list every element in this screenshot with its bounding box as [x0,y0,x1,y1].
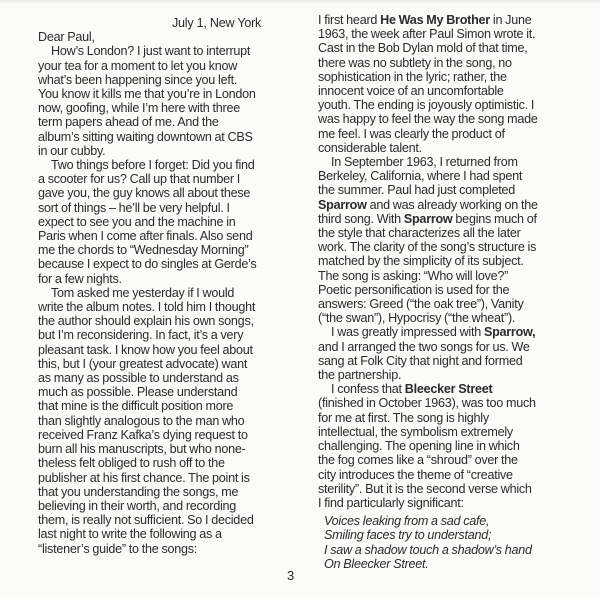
song-title-he-was-my-brother: He Was My Brother [380,13,490,27]
text-line: youth. The ending is joyously optimistic… [318,98,563,112]
text-line: because I expect to do singles at Gerde’… [38,257,278,271]
text-line: sophistication in the lyric; rather, the [318,70,563,84]
text-line: gave you, the guy knows all about these [38,186,278,200]
text-line: me feel. I was clearly the product of [318,127,563,141]
salutation: Dear Paul, [38,30,278,44]
text-line: and I arranged the two songs for us. We [318,340,563,354]
text-line: How’s London? I just want to interrupt [38,44,278,58]
song-title-bleecker-street: Bleecker Street [405,382,493,396]
text-line: was happy to feel the way the song made [318,112,563,126]
text-line: I confess that Bleecker Street [318,382,563,396]
text-line: Tom asked me yesterday if I would [38,286,278,300]
text-line: now, goofing, while I’m here with three [38,101,278,115]
text-line: answers: Greed (“the oak tree”), Vanity [318,297,563,311]
text-fragment: and was already working on the [367,198,538,212]
text-line: for a few nights. [38,272,278,286]
text-line: your tea for a moment to let you know [38,59,278,73]
text-line: the author should explain his own songs, [38,314,278,328]
text-line: expect to see you and the machine in [38,215,278,229]
lyric-line: Smiling faces try to understand; [324,528,563,542]
text-line: than slightly analogous to the man who [38,414,278,428]
text-fragment: I was greatly impressed with [331,325,484,339]
text-line: 1963, the week after Paul Simon wrote it… [318,27,563,41]
song-title-sparrow: Sparrow [404,212,453,226]
text-line: as many as possible to understand as [38,371,278,385]
text-fragment: third song. With [318,212,404,226]
text-line: matched by the simplicity of its subject… [318,254,563,268]
text-line: the summer. Paul had just completed [318,183,563,197]
paragraph-2: Two things before I forget: Did you find… [38,158,278,286]
text-line: You know it kills me that you’re in Lond… [38,87,278,101]
text-line: write the album notes. I told him I thou… [38,300,278,314]
lyric-line: On Bleecker Street. [324,557,563,571]
lyric-line: I saw a shadow touch a shadow’s hand [324,543,563,557]
text-fragment: in June [490,13,532,27]
text-line: theless felt obliged to rush off to the [38,456,278,470]
text-line: that mine is the difficult position more [38,399,278,413]
text-line: work. The clarity of the song’s structur… [318,240,563,254]
text-line: the fog comes like a “shroud” over the [318,453,563,467]
text-line: third song. With Sparrow begins much of [318,212,563,226]
text-line: intellectual, the symbolism extremely [318,425,563,439]
text-line: Berkeley, California, where I had spent [318,169,563,183]
text-line: burn all his manuscripts, but who none- [38,442,278,456]
text-line: Sparrow and was already working on the [318,198,563,212]
text-line: believing in their worth, and recording [38,499,278,513]
text-line: city introduces the theme of “creative [318,468,563,482]
paragraph-partnership: I was greatly impressed with Sparrow, an… [318,325,563,382]
text-line: In September 1963, I returned from [318,155,563,169]
text-line: “listener’s guide” to the songs: [38,542,278,556]
text-line: sterility”. But it is the second verse w… [318,482,563,496]
page-number: 3 [287,568,294,583]
paragraph-3: Tom asked me yesterday if I would write … [38,286,278,556]
text-line: but I’m reconsidering. In fact, it’s a v… [38,328,278,342]
text-line: Paris when I come after finals. Also sen… [38,229,278,243]
song-title-sparrow: Sparrow [318,198,367,212]
text-line: Cast in the Bob Dylan mold of that time, [318,41,563,55]
text-line: this, but I (your greatest advocate) wan… [38,357,278,371]
paragraph-he-was-my-brother: I first heard He Was My Brother in June … [318,13,563,155]
song-title-sparrow: Sparrow, [484,325,535,339]
text-line: I was greatly impressed with Sparrow, [318,325,563,339]
text-line: what’s been happening since you left. [38,73,278,87]
text-line: me the chords to “Wednesday Morning” [38,243,278,257]
text-line: sang at Folk City that night and formed [318,354,563,368]
text-fragment: begins much of [452,212,536,226]
text-line: (finished in October 1963), was too much [318,396,563,410]
text-line: sort of things – he’ll be very helpful. … [38,201,278,215]
text-line: for me at first. The song is highly [318,411,563,425]
text-line: Poetic personification is used for the [318,283,563,297]
text-line: pleasant task. I know how you feel about [38,343,278,357]
text-line: last night to write the following as a [38,527,278,541]
text-fragment: I first heard [318,13,380,27]
text-line: there was no subtlety in the song, no [318,56,563,70]
text-line: considerable talent. [318,141,563,155]
page-edge-shade [0,0,600,4]
text-fragment: I confess that [331,382,405,396]
lyric-line: Voices leaking from a sad cafe, [324,514,563,528]
text-line: them, is really not sufficient. So I dec… [38,513,278,527]
paragraph-1: How’s London? I just want to interrupt y… [38,44,278,158]
text-line: I find particularly significant: [318,496,563,510]
paragraph-bleecker-street: I confess that Bleecker Street (finished… [318,382,563,510]
right-column: I first heard He Was My Brother in June … [318,13,563,571]
lyric-verse: Voices leaking from a sad cafe, Smiling … [318,514,563,571]
text-line: album’s sitting waiting downtown at CBS [38,130,278,144]
text-line: a scooter for us? Call up that number I [38,172,278,186]
text-line: Two things before I forget: Did you find [38,158,278,172]
text-line: (“the swan”), Hypocrisy (“the wheat”). [318,311,563,325]
text-line: I first heard He Was My Brother in June [318,13,563,27]
left-column: . Dear Paul, How’s London? I just want t… [38,16,278,556]
text-line: term papers ahead of me. And the [38,115,278,129]
paragraph-sparrow: In September 1963, I returned from Berke… [318,155,563,325]
text-line: publisher at his first chance. The point… [38,471,278,485]
text-line: innocent voice of an uncomfortable [318,84,563,98]
text-line: The song is asking: “Who will love?” [318,269,563,283]
text-line: much as possible. Please understand [38,385,278,399]
text-line: the partnership. [318,368,563,382]
text-line: received Franz Kafka’s dying request to [38,428,278,442]
text-line: the style that characterizes all the lat… [318,226,563,240]
text-line: in our cubby. [38,144,278,158]
text-line: that you understanding the songs, me [38,485,278,499]
text-line: challenging. The opening line in which [318,439,563,453]
